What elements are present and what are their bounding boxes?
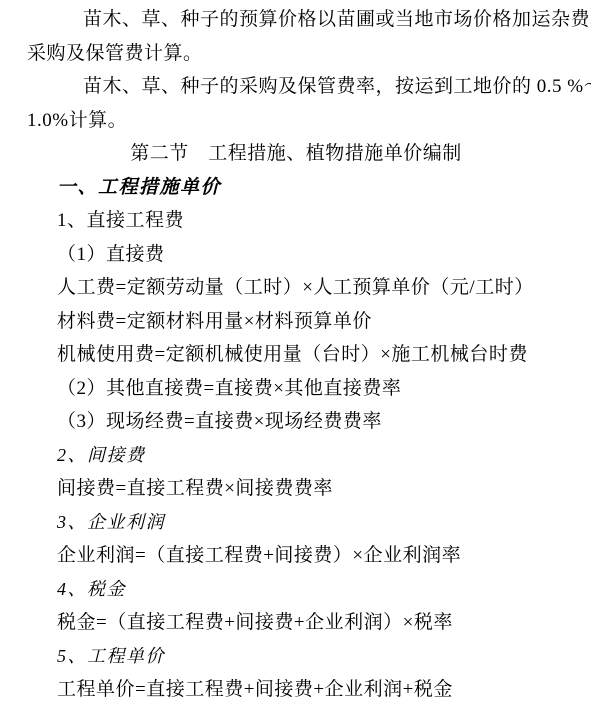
formula-tax: 税金=（直接工程费+间接费+企业利润）×税率 xyxy=(57,606,565,640)
formula-labor-cost: 人工费=定额劳动量（工时）×人工预算单价（元/工时） xyxy=(57,271,565,305)
document-page: 苗木、草、种子的预算价格以苗圃或当地市场价格加运杂费和 采购及保管费计算。 苗木… xyxy=(0,0,591,726)
paragraph-line: 苗木、草、种子的采购及保管费率，按运到工地价的 0.5 %～ xyxy=(83,70,565,104)
paragraph-line: 1.0%计算。 xyxy=(27,104,565,138)
formula-other-direct-cost: （2）其他直接费=直接费×其他直接费率 xyxy=(57,372,565,406)
item-direct-engineering-cost: 1、直接工程费 xyxy=(57,204,565,238)
formula-indirect-cost: 间接费=直接工程费×间接费费率 xyxy=(57,472,565,506)
section-title: 第二节 工程措施、植物措施单价编制 xyxy=(27,137,565,171)
paragraph-line: 采购及保管费计算。 xyxy=(27,37,565,71)
formula-machinery-cost: 机械使用费=定额机械使用量（台时）×施工机械台时费 xyxy=(57,338,565,372)
heading-engineering-measures-unit-price: 一、工程措施单价 xyxy=(57,171,565,205)
item-enterprise-profit: 3、企业利润 xyxy=(57,506,565,540)
formula-material-cost: 材料费=定额材料用量×材料预算单价 xyxy=(57,305,565,339)
item-engineering-unit-price: 5、工程单价 xyxy=(57,640,565,674)
item-direct-cost: （1）直接费 xyxy=(57,238,565,272)
item-indirect-cost: 2、间接费 xyxy=(57,439,565,473)
formula-site-expense: （3）现场经费=直接费×现场经费费率 xyxy=(57,405,565,439)
formula-engineering-unit-price: 工程单价=直接工程费+间接费+企业利润+税金 xyxy=(57,673,565,707)
item-tax: 4、税金 xyxy=(57,573,565,607)
paragraph-line: 苗木、草、种子的预算价格以苗圃或当地市场价格加运杂费和 xyxy=(83,3,565,37)
formula-enterprise-profit: 企业利润=（直接工程费+间接费）×企业利润率 xyxy=(57,539,565,573)
